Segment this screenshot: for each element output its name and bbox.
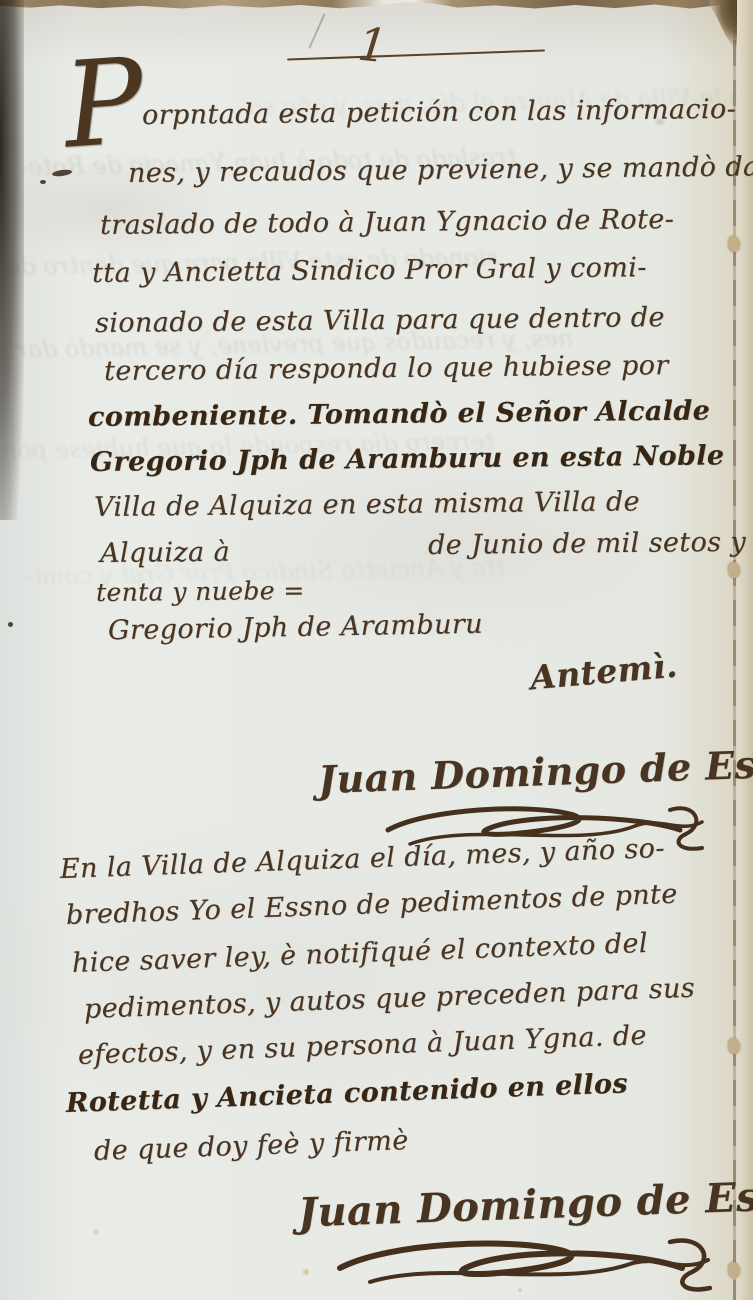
decree-line: tenta y nuebe = (96, 576, 305, 607)
decree-line: combeniente. Tomandò el Señor Alcalde (88, 395, 711, 433)
signature-aramburu: Gregorio Jph de Aramburu (108, 609, 483, 647)
manuscript-page: traslado de todo à Juan Ygnacio de Rote-… (0, 0, 753, 1300)
decree-line: sionado de esta Villa para que dentro de (95, 302, 665, 339)
page-edge-nick (728, 1038, 740, 1054)
date-line-prefix: Alquiza à (100, 537, 230, 569)
ink-blot (8, 622, 13, 627)
date-line-suffix: de Junio de mil setos y se- (428, 526, 753, 561)
notification-line: pedimentos, y autos que preceden para su… (83, 973, 695, 1025)
decree-line: orpntada esta petición con las informaci… (142, 94, 736, 131)
decree-line: nes, y recaudos que previene, y se mandò… (128, 151, 753, 189)
folio-strike-line (287, 49, 545, 60)
notification-line: de que doy feè y firmè (93, 1125, 409, 1167)
binding-shadow (0, 0, 24, 520)
page-right-edge (737, 0, 753, 1300)
folio-number: 1 (355, 17, 390, 74)
page-edge-nick (728, 562, 740, 578)
torn-top-edge (0, 0, 753, 9)
decree-line: Villa de Alquiza en esta misma Villa de (94, 486, 640, 523)
signature-estala: Juan Domingo de Estala (297, 1170, 753, 1236)
drop-cap-initial: P (60, 41, 147, 164)
notification-line: bredhos Yo el Essno de pedimentos de pnt… (65, 879, 678, 931)
notification-line: En la Villa de Alquiza el día, mes, y añ… (59, 833, 665, 885)
page-edge-nick (728, 236, 740, 252)
signature-rubric (330, 1234, 720, 1298)
decree-line: tta y Ancietta Sindico Pror Gral y comi- (92, 252, 647, 289)
ink-blot (40, 180, 46, 184)
page-edge-nick (728, 1262, 740, 1278)
notification-line: efectos, y en su persona à Juan Ygna. de (77, 1020, 647, 1071)
notification-line: Rotetta y Ancieta contenido en ellos (65, 1068, 628, 1119)
decree-line: traslado de todo à Juan Ygnacio de Rote- (100, 204, 674, 241)
notification-line: hice saver ley, è notifiqué el contexto … (71, 928, 648, 979)
decree-line: Gregorio Jph de Aramburu en esta Noble (90, 440, 725, 478)
attestation-ante-mi: Antemì. (529, 646, 679, 698)
pencil-mark (308, 13, 325, 49)
decree-line: tercero día responda lo que hubiese por (104, 350, 669, 387)
signature-estala: Juan Domingo de Estala (317, 739, 753, 802)
page-fold-line (733, 0, 736, 1300)
